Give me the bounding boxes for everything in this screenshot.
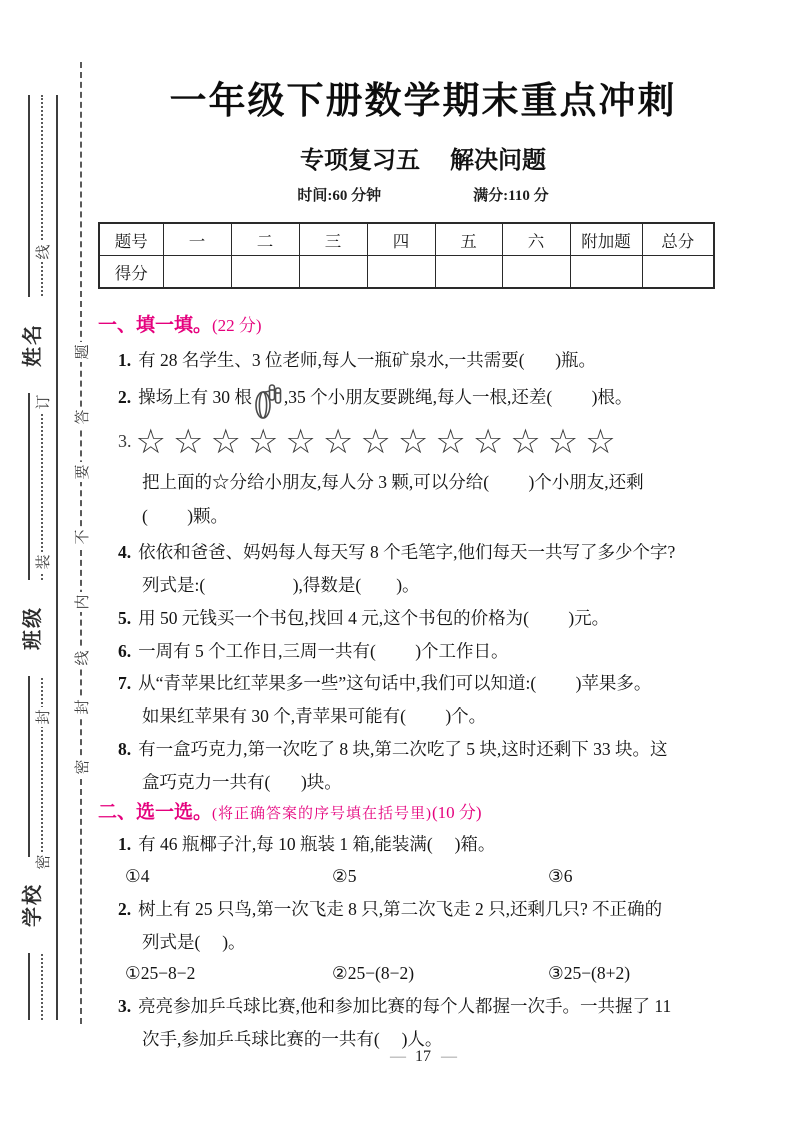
col-header: 二	[231, 223, 299, 256]
question-text: 用 50 元钱买一个书包,找回 4 元,这个书包的价格为( )元。	[138, 608, 609, 628]
section1-title: 一、填一填。	[98, 315, 212, 336]
page-subtitle: 专项复习五解决问题	[98, 140, 748, 175]
seal-char: 答	[71, 407, 91, 427]
score-row-label: 得分	[99, 256, 163, 289]
seal-char: 封	[71, 697, 91, 717]
subtitle-topic: 解决问题	[450, 147, 546, 174]
question-number: 6.	[118, 641, 131, 661]
col-header: 四	[367, 223, 435, 256]
star-row: ☆☆☆☆☆☆☆☆☆☆☆☆☆	[136, 422, 623, 462]
question-text: 从“青苹果比红苹果多一些”这句话中,我们可以知道:( )苹果多。	[138, 673, 651, 693]
seal-char: 密	[71, 757, 91, 777]
jump-rope-icon	[254, 382, 282, 420]
s2-q2-options: ①25−8−2 ②25−(8−2) ③25−(8+2)	[125, 960, 748, 986]
binding-char: 线	[32, 242, 52, 262]
question-text: 树上有 25 只鸟,第一次飞走 8 只,第二次飞走 2 只,还剩几只? 不正确的	[138, 899, 662, 919]
section2-heading: 二、选一选。(将正确答案的序号填在括号里)(10 分)	[98, 797, 748, 824]
question-text: 有一盒巧克力,第一次吃了 8 块,第二次吃了 5 块,这时还剩下 33 块。这	[138, 739, 667, 759]
score-cell	[367, 256, 435, 289]
option-1: ①4	[125, 863, 332, 889]
question-number: 3.	[118, 996, 131, 1016]
s2-question-3: 3.亮亮参加乒乓球比赛,他和参加比赛的每个人都握一次手。一共握了 11	[118, 993, 748, 1019]
page-footer: —17—	[98, 1048, 748, 1066]
s2-q1-options: ①4 ②5 ③6	[125, 863, 748, 889]
col-header: 六	[502, 223, 570, 256]
student-name-label: 姓名	[17, 297, 43, 393]
question-number: 2.	[118, 899, 131, 919]
s1-question-7-line2: 如果红苹果有 30 个,青苹果可能有( )个。	[142, 703, 748, 729]
seal-char: 线	[71, 648, 91, 668]
full-score: 满分:110 分	[473, 188, 548, 204]
section1-heading: 一、填一填。(22 分)	[98, 310, 748, 337]
option-3: ③25−(8+2)	[548, 960, 748, 986]
question-number: 7.	[118, 673, 131, 693]
question-text: 列式是( )。	[142, 932, 246, 952]
score-cell	[299, 256, 367, 289]
col-header: 总分	[642, 223, 714, 256]
question-text: ( )颗。	[142, 506, 228, 526]
col-header: 三	[299, 223, 367, 256]
binding-char: 封	[32, 707, 52, 727]
question-text: 盒巧克力一共有( )块。	[142, 772, 342, 792]
score-cell	[231, 256, 299, 289]
option-3: ③6	[548, 863, 748, 889]
question-text: 一周有 5 个工作日,三周一共有( )个工作日。	[138, 641, 508, 661]
option-1: ①25−8−2	[125, 960, 332, 986]
class-label: 班级	[17, 580, 43, 676]
option-2: ②5	[332, 863, 548, 889]
score-cell	[502, 256, 570, 289]
section2-points: (10 分)	[432, 803, 482, 822]
s1-question-8-line2: 盒巧克力一共有( )块。	[142, 769, 748, 795]
question-number: 5.	[118, 608, 131, 628]
question-text: ,35 个小朋友要跳绳,每人一根,还差( )根。	[284, 384, 633, 410]
exam-info-line: 时间:60 分钟满分:110 分	[98, 184, 748, 205]
col-header: 一	[163, 223, 231, 256]
col-header: 五	[435, 223, 502, 256]
worksheet-page: { "colors": { "accent_pink": "#e5007d" }…	[0, 0, 793, 1122]
question-number: 4.	[118, 542, 131, 562]
seal-char: 题	[71, 342, 91, 362]
score-cell	[163, 256, 231, 289]
section1-points: (22 分)	[212, 316, 262, 335]
question-text: 次手,参加乒乓球比赛的一共有( )人。	[142, 1029, 442, 1049]
section2-subnote: (将正确答案的序号填在括号里)	[212, 806, 432, 822]
section2-title: 二、选一选。	[98, 802, 212, 823]
score-table: 题号 一 二 三 四 五 六 附加题 总分 得分	[98, 222, 715, 289]
s1-question-4-line2: 列式是:( ),得数是( )。	[142, 572, 748, 598]
question-number: 8.	[118, 739, 131, 759]
s1-question-3-line1: 把上面的☆分给小朋友,每人分 3 颗,可以分给( )个小朋友,还剩	[142, 469, 748, 495]
question-text: 有 46 瓶椰子汁,每 10 瓶装 1 箱,能装满( )箱。	[138, 834, 495, 854]
question-number: 1.	[118, 350, 131, 370]
s1-question-6: 6.一周有 5 个工作日,三周一共有( )个工作日。	[118, 638, 748, 664]
question-text: 操场上有 30 根	[138, 384, 252, 410]
score-cell	[642, 256, 714, 289]
binding-char: 装	[32, 552, 52, 572]
question-text: 亮亮参加乒乓球比赛,他和参加比赛的每个人都握一次手。一共握了 11	[138, 996, 671, 1016]
seal-char: 内	[71, 592, 91, 612]
s1-question-7: 7.从“青苹果比红苹果多一些”这句话中,我们可以知道:( )苹果多。	[118, 670, 748, 696]
s1-question-1: 1.有 28 名学生、3 位老师,每人一瓶矿泉水,一共需要( )瓶。	[118, 347, 748, 373]
subtitle-exam-number: 专项复习五	[300, 147, 420, 174]
table-row-score: 得分	[99, 256, 714, 289]
question-text: 列式是:( ),得数是( )。	[142, 575, 420, 595]
s1-question-3-line2: ( )颗。	[142, 503, 748, 529]
s1-question-8: 8.有一盒巧克力,第一次吃了 8 块,第二次吃了 5 块,这时还剩下 33 块。…	[118, 736, 748, 762]
s2-question-2: 2.树上有 25 只鸟,第一次飞走 8 只,第二次飞走 2 只,还剩几只? 不正…	[118, 896, 748, 922]
question-number: 3.	[118, 431, 132, 451]
seal-char: 要	[71, 462, 91, 482]
col-header: 题号	[99, 223, 163, 256]
score-cell	[570, 256, 642, 289]
s2-question-1: 1.有 46 瓶椰子汁,每 10 瓶装 1 箱,能装满( )箱。	[118, 831, 748, 857]
question-text: 有 28 名学生、3 位老师,每人一瓶矿泉水,一共需要( )瓶。	[138, 350, 596, 370]
footer-dash-right: —	[441, 1048, 456, 1065]
binding-char: 订	[32, 392, 52, 412]
question-text: 依依和爸爸、妈妈每人每天写 8 个毛笔字,他们每天一共写了多少个字?	[138, 542, 675, 562]
table-row-headers: 题号 一 二 三 四 五 六 附加题 总分	[99, 223, 714, 256]
score-table-wrap: 题号 一 二 三 四 五 六 附加题 总分 得分	[98, 222, 748, 289]
s1-question-5: 5.用 50 元钱买一个书包,找回 4 元,这个书包的价格为( )元。	[118, 605, 748, 631]
s1-question-2: 2.操场上有 30 根 ,35 个小朋友要跳绳,每人一根,还差( )根。	[118, 382, 748, 412]
s1-question-4: 4.依依和爸爸、妈妈每人每天写 8 个毛笔字,他们每天一共写了多少个字?	[118, 539, 748, 565]
binding-line-solid-inner	[56, 95, 58, 1020]
col-header: 附加题	[570, 223, 642, 256]
option-2: ②25−(8−2)	[332, 960, 548, 986]
question-number: 2.	[118, 384, 131, 410]
s2-question-2-line2: 列式是( )。	[142, 929, 748, 955]
time-limit: 时间:60 分钟	[297, 188, 381, 204]
seal-char: 不	[71, 527, 91, 547]
page-title: 一年级下册数学期末重点冲刺	[98, 70, 748, 124]
binding-char: 密	[32, 852, 52, 872]
worksheet-content: 一年级下册数学期末重点冲刺 专项复习五解决问题 时间:60 分钟满分:110 分…	[98, 0, 748, 1122]
score-cell	[435, 256, 502, 289]
page-number: 17	[415, 1048, 431, 1065]
question-text: 如果红苹果有 30 个,青苹果可能有( )个。	[142, 706, 486, 726]
s1-question-3-stars: 3.☆☆☆☆☆☆☆☆☆☆☆☆☆	[118, 420, 748, 463]
footer-dash-left: —	[390, 1048, 405, 1065]
question-number: 1.	[118, 834, 131, 854]
question-text: 把上面的☆分给小朋友,每人分 3 颗,可以分给( )个小朋友,还剩	[142, 472, 644, 492]
